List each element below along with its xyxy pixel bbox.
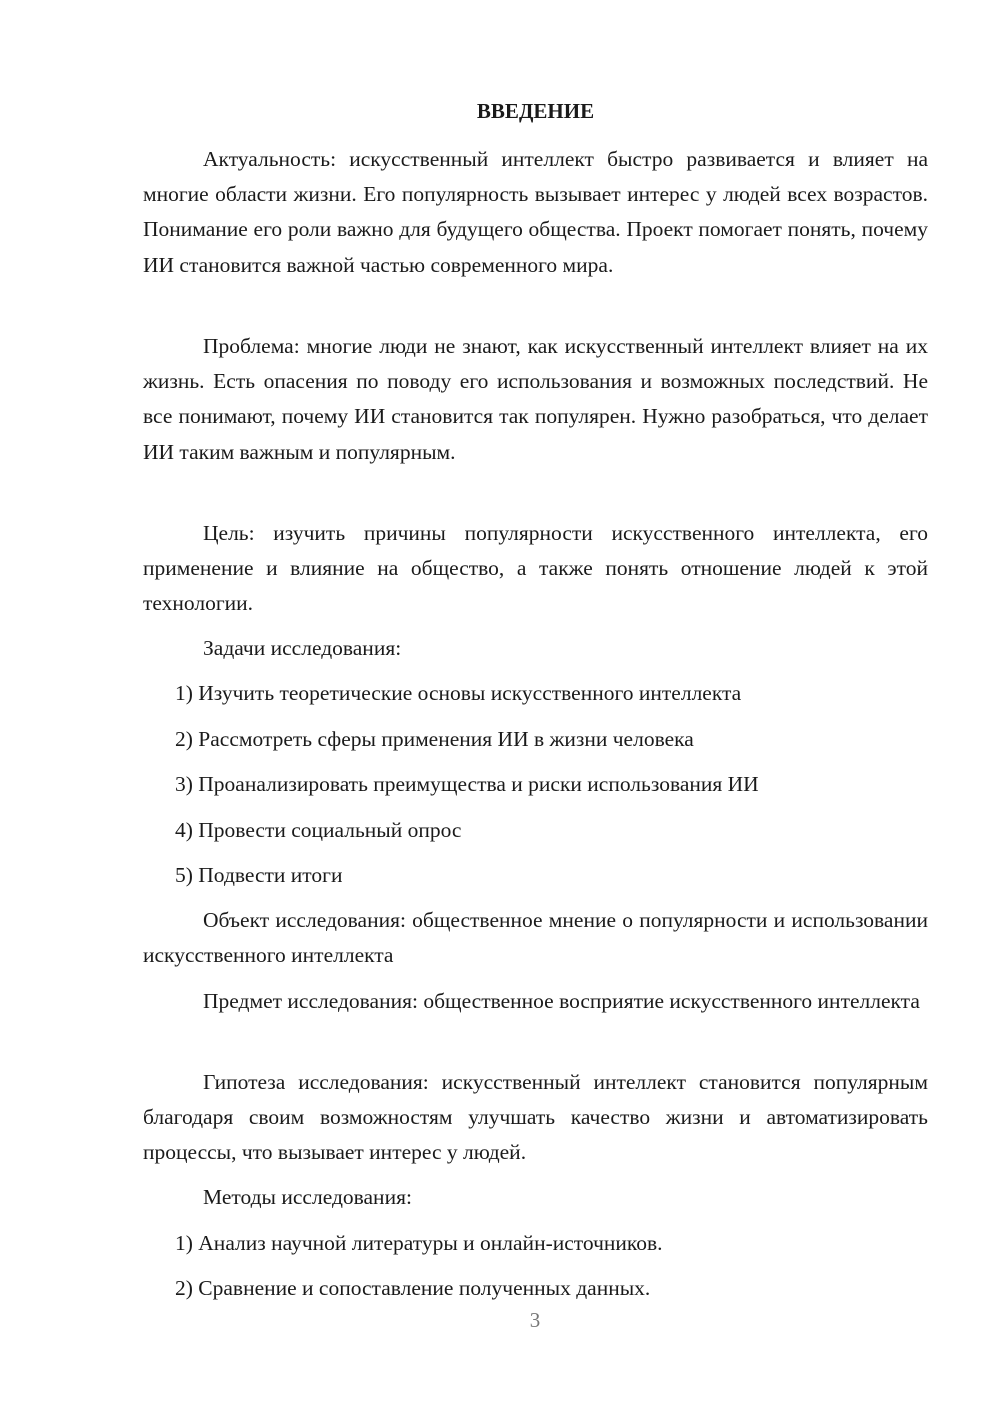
- hypothesis-paragraph: Гипотеза исследования: искусственный инт…: [143, 1065, 928, 1171]
- relevance-paragraph: Актуальность: искусственный интеллект бы…: [143, 142, 928, 283]
- methods-heading: Методы исследования:: [143, 1182, 928, 1212]
- page-number: 3: [0, 1305, 1000, 1335]
- section-title: ВВЕДЕНИЕ: [143, 96, 928, 126]
- task-item-3: 3) Проанализировать преимущества и риски…: [143, 769, 928, 799]
- task-item-2: 2) Рассмотреть сферы применения ИИ в жиз…: [143, 724, 928, 754]
- object-paragraph: Объект исследования: общественное мнение…: [143, 903, 928, 973]
- subject-paragraph: Предмет исследования: общественное воспр…: [143, 984, 928, 1019]
- goal-paragraph: Цель: изучить причины популярности искус…: [143, 516, 928, 622]
- method-item-1: 1) Анализ научной литературы и онлайн-ис…: [143, 1228, 928, 1258]
- task-item-4: 4) Провести социальный опрос: [143, 815, 928, 845]
- method-item-2: 2) Сравнение и сопоставление полученных …: [143, 1273, 928, 1303]
- tasks-heading: Задачи исследования:: [143, 633, 928, 663]
- task-item-5: 5) Подвести итоги: [143, 860, 928, 890]
- task-item-1: 1) Изучить теоретические основы искусств…: [143, 678, 928, 708]
- document-page: ВВЕДЕНИЕ Актуальность: искусственный инт…: [0, 0, 1000, 1414]
- problem-paragraph: Проблема: многие люди не знают, как иску…: [143, 329, 928, 470]
